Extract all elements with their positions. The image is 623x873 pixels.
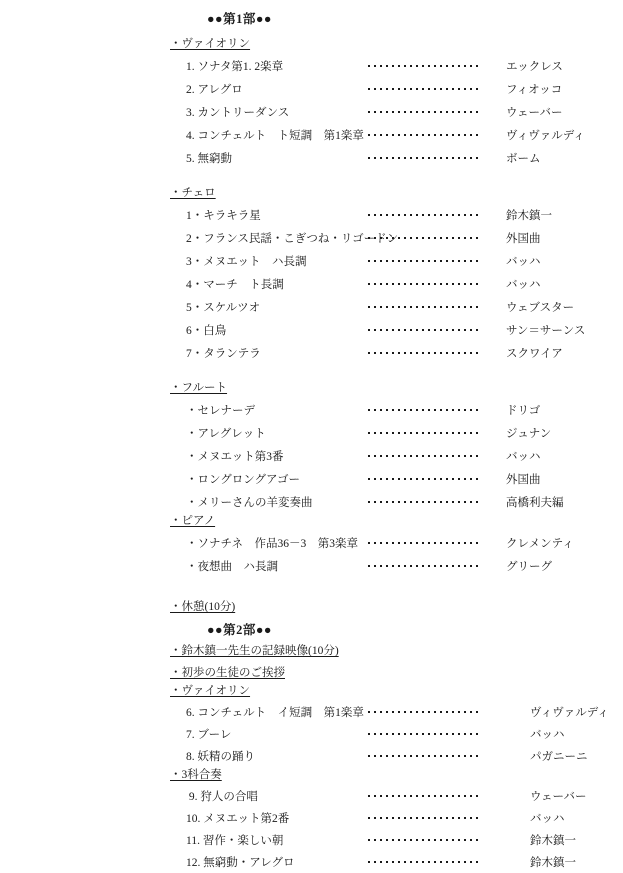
piece-title: ・アレグレット <box>186 425 368 441</box>
dotted-leader <box>368 157 482 159</box>
dotted-leader <box>368 839 482 841</box>
dotted-leader <box>368 542 482 544</box>
section-heading-cello: ・チェロ <box>170 185 613 201</box>
program-row: 6・白鳥 サン＝サーンス <box>186 318 613 341</box>
dotted-leader <box>368 260 482 262</box>
dotted-leader <box>368 352 482 354</box>
composer-name: クレメンティ <box>506 535 574 551</box>
part1-title: ●●第1部●● <box>207 10 613 28</box>
program-row: 8. 妖精の踊り パガニーニ <box>186 745 613 767</box>
dotted-leader <box>368 306 482 308</box>
dotted-leader <box>368 237 482 239</box>
dotted-leader <box>368 214 482 216</box>
section-part1-violin: ・ヴァイオリン 1. ソナタ第1. 2楽章 エックレス 2. アレグロ フィオッ… <box>170 36 613 169</box>
program-row: ・アレグレット ジュナン <box>186 421 613 444</box>
piece-title: 3. カントリーダンス <box>186 104 368 120</box>
piece-title: ・メリーさんの羊変奏曲 <box>186 494 368 510</box>
violin2-rows: 6. コンチェルト イ短調 第1楽章 ヴィヴァルディ 7. ブーレ バッハ 8.… <box>170 701 613 767</box>
piece-title: 3・メヌエット ハ長調 <box>186 253 368 269</box>
composer-name: ウェブスター <box>506 299 574 315</box>
dotted-leader <box>368 329 482 331</box>
piece-title: ・ロングロングアゴー <box>186 471 368 487</box>
composer-name: サン＝サーンス <box>506 322 585 338</box>
section-heading-violin: ・ヴァイオリン <box>170 36 613 52</box>
cello-rows: 1・キラキラ星 鈴木鎮一 2・フランス民謡・こぎつね・リゴードン 外国曲 3・メ… <box>170 203 613 364</box>
program-row: 5・スケルツオ ウェブスター <box>186 295 613 318</box>
piece-title: 6. コンチェルト イ短調 第1楽章 <box>186 704 368 720</box>
program-row: ・メリーさんの羊変奏曲 高橋利夫編 <box>186 490 613 513</box>
composer-name: エックレス <box>506 58 563 74</box>
composer-name: ウェーバー <box>506 104 562 120</box>
section-part2-violin: ・ヴァイオリン 6. コンチェルト イ短調 第1楽章 ヴィヴァルディ 7. ブー… <box>170 683 613 767</box>
piece-title: 4・マーチ ト長調 <box>186 276 368 292</box>
program-row: 9. 狩人の合唱 ウェーバー <box>186 785 613 807</box>
piece-title: 2・フランス民謡・こぎつね・リゴードン <box>186 230 368 246</box>
composer-name: バッハ <box>506 276 541 292</box>
program-row: 7・タランテラ スクワイア <box>186 341 613 364</box>
program-row: 1. ソナタ第1. 2楽章 エックレス <box>186 54 613 77</box>
program-row: 2・フランス民謡・こぎつね・リゴードン 外国曲 <box>186 226 613 249</box>
composer-name: バッハ <box>506 448 541 464</box>
greeting-note-line: ・初歩の生徒のご挨拶 <box>170 665 613 681</box>
composer-name: ジュナン <box>506 425 551 441</box>
composer-name: パガニーニ <box>530 748 588 764</box>
composer-name: 鈴木鎮一 <box>506 207 552 223</box>
section-part1-cello: ・チェロ 1・キラキラ星 鈴木鎮一 2・フランス民謡・こぎつね・リゴードン 外国… <box>170 185 613 364</box>
program-row: 4. コンチェルト ト短調 第1楽章 ヴィヴァルディ <box>186 123 613 146</box>
composer-name: グリーグ <box>506 558 552 574</box>
piece-title: 1・キラキラ星 <box>186 207 368 223</box>
flute-rows: ・セレナーデ ドリゴ ・アレグレット ジュナン ・メヌエット第3番 バッハ <box>170 398 613 513</box>
dotted-leader <box>368 283 482 285</box>
piece-title: 9. 狩人の合唱 <box>186 788 368 804</box>
section-part2-ensemble: ・3科合奏 9. 狩人の合唱 ウェーバー 10. メヌエット第2番 バッハ 11… <box>170 767 613 873</box>
section-heading-piano: ・ピアノ <box>170 513 613 529</box>
dotted-leader <box>368 134 482 136</box>
section-heading-ensemble: ・3科合奏 <box>170 767 613 783</box>
composer-name: ボーム <box>506 150 541 166</box>
program-row: 3. カントリーダンス ウェーバー <box>186 100 613 123</box>
composer-name: 鈴木鎮一 <box>530 832 576 848</box>
dotted-leader <box>368 111 482 113</box>
dotted-leader <box>368 432 482 434</box>
program-row: 5. 無窮動 ボーム <box>186 146 613 169</box>
section-part1-piano: ・ピアノ ・ソナチネ 作品36－3 第3楽章 クレメンティ ・夜想曲 ハ長調 グ… <box>170 513 613 577</box>
composer-name: スクワイア <box>506 345 563 361</box>
dotted-leader <box>368 565 482 567</box>
piece-title: 6・白鳥 <box>186 322 368 338</box>
program-row: ・ソナチネ 作品36－3 第3楽章 クレメンティ <box>186 531 613 554</box>
piece-title: 7・タランテラ <box>186 345 368 361</box>
composer-name: ヴィヴァルディ <box>506 127 585 143</box>
composer-name: バッハ <box>506 253 541 269</box>
dotted-leader <box>368 409 482 411</box>
dotted-leader <box>368 755 482 757</box>
section-heading-flute: ・フルート <box>170 380 613 396</box>
piece-title: 5・スケルツオ <box>186 299 368 315</box>
piece-title: ・ソナチネ 作品36－3 第3楽章 <box>186 535 368 551</box>
video-note-line: ・鈴木鎮一先生の記録映像(10分) <box>170 643 613 659</box>
program-row: 11. 習作・楽しい朝 鈴木鎮一 <box>186 829 613 851</box>
dotted-leader <box>368 817 482 819</box>
program-page: ●●第1部●● ・ヴァイオリン 1. ソナタ第1. 2楽章 エックレス 2. ア… <box>0 0 623 873</box>
composer-name: バッハ <box>530 810 565 826</box>
part2-title: ●●第2部●● <box>207 621 613 639</box>
dotted-leader <box>368 88 482 90</box>
program-row: 7. ブーレ バッハ <box>186 723 613 745</box>
program-row: ・夜想曲 ハ長調 グリーグ <box>186 554 613 577</box>
composer-name: ドリゴ <box>506 402 540 418</box>
dotted-leader <box>368 65 482 67</box>
piece-title: 12. 無窮動・アレグロ <box>186 854 368 870</box>
composer-name: フィオッコ <box>506 81 562 97</box>
program-row: 4・マーチ ト長調 バッハ <box>186 272 613 295</box>
dotted-leader <box>368 501 482 503</box>
composer-name: 高橋利夫編 <box>506 494 564 510</box>
piece-title: 11. 習作・楽しい朝 <box>186 832 368 848</box>
program-row: 2. アレグロ フィオッコ <box>186 77 613 100</box>
violin1-rows: 1. ソナタ第1. 2楽章 エックレス 2. アレグロ フィオッコ 3. カント… <box>170 54 613 169</box>
program-row: ・ロングロングアゴー 外国曲 <box>186 467 613 490</box>
composer-name: ヴィヴァルディ <box>530 704 609 720</box>
program-row: 10. メヌエット第2番 バッハ <box>186 807 613 829</box>
piece-title: ・メヌエット第3番 <box>186 448 368 464</box>
piece-title: 4. コンチェルト ト短調 第1楽章 <box>186 127 368 143</box>
program-row: 6. コンチェルト イ短調 第1楽章 ヴィヴァルディ <box>186 701 613 723</box>
dotted-leader <box>368 478 482 480</box>
composer-name: ウェーバー <box>530 788 586 804</box>
piece-title: 8. 妖精の踊り <box>186 748 368 764</box>
program-row: ・セレナーデ ドリゴ <box>186 398 613 421</box>
dotted-leader <box>368 795 482 797</box>
program-row: 1・キラキラ星 鈴木鎮一 <box>186 203 613 226</box>
intermission-line: ・休憩(10分) <box>170 599 613 615</box>
program-row: 12. 無窮動・アレグロ 鈴木鎮一 <box>186 851 613 873</box>
section-heading-violin2: ・ヴァイオリン <box>170 683 613 699</box>
piece-title: 7. ブーレ <box>186 726 368 742</box>
dotted-leader <box>368 861 482 863</box>
piece-title: 2. アレグロ <box>186 81 368 97</box>
composer-name: バッハ <box>530 726 565 742</box>
composer-name: 鈴木鎮一 <box>530 854 576 870</box>
program-row: 3・メヌエット ハ長調 バッハ <box>186 249 613 272</box>
dotted-leader <box>368 711 482 713</box>
piece-title: 5. 無窮動 <box>186 150 368 166</box>
composer-name: 外国曲 <box>506 230 541 246</box>
piano-rows: ・ソナチネ 作品36－3 第3楽章 クレメンティ ・夜想曲 ハ長調 グリーグ <box>170 531 613 577</box>
program-row: ・メヌエット第3番 バッハ <box>186 444 613 467</box>
composer-name: 外国曲 <box>506 471 541 487</box>
piece-title: ・セレナーデ <box>186 402 368 418</box>
dotted-leader <box>368 733 482 735</box>
ensemble-rows: 9. 狩人の合唱 ウェーバー 10. メヌエット第2番 バッハ 11. 習作・楽… <box>170 785 613 873</box>
section-part1-flute: ・フルート ・セレナーデ ドリゴ ・アレグレット ジュナン ・メヌエット第3番 <box>170 380 613 513</box>
piece-title: ・夜想曲 ハ長調 <box>186 558 368 574</box>
piece-title: 1. ソナタ第1. 2楽章 <box>186 58 368 74</box>
dotted-leader <box>368 455 482 457</box>
piece-title: 10. メヌエット第2番 <box>186 810 368 826</box>
